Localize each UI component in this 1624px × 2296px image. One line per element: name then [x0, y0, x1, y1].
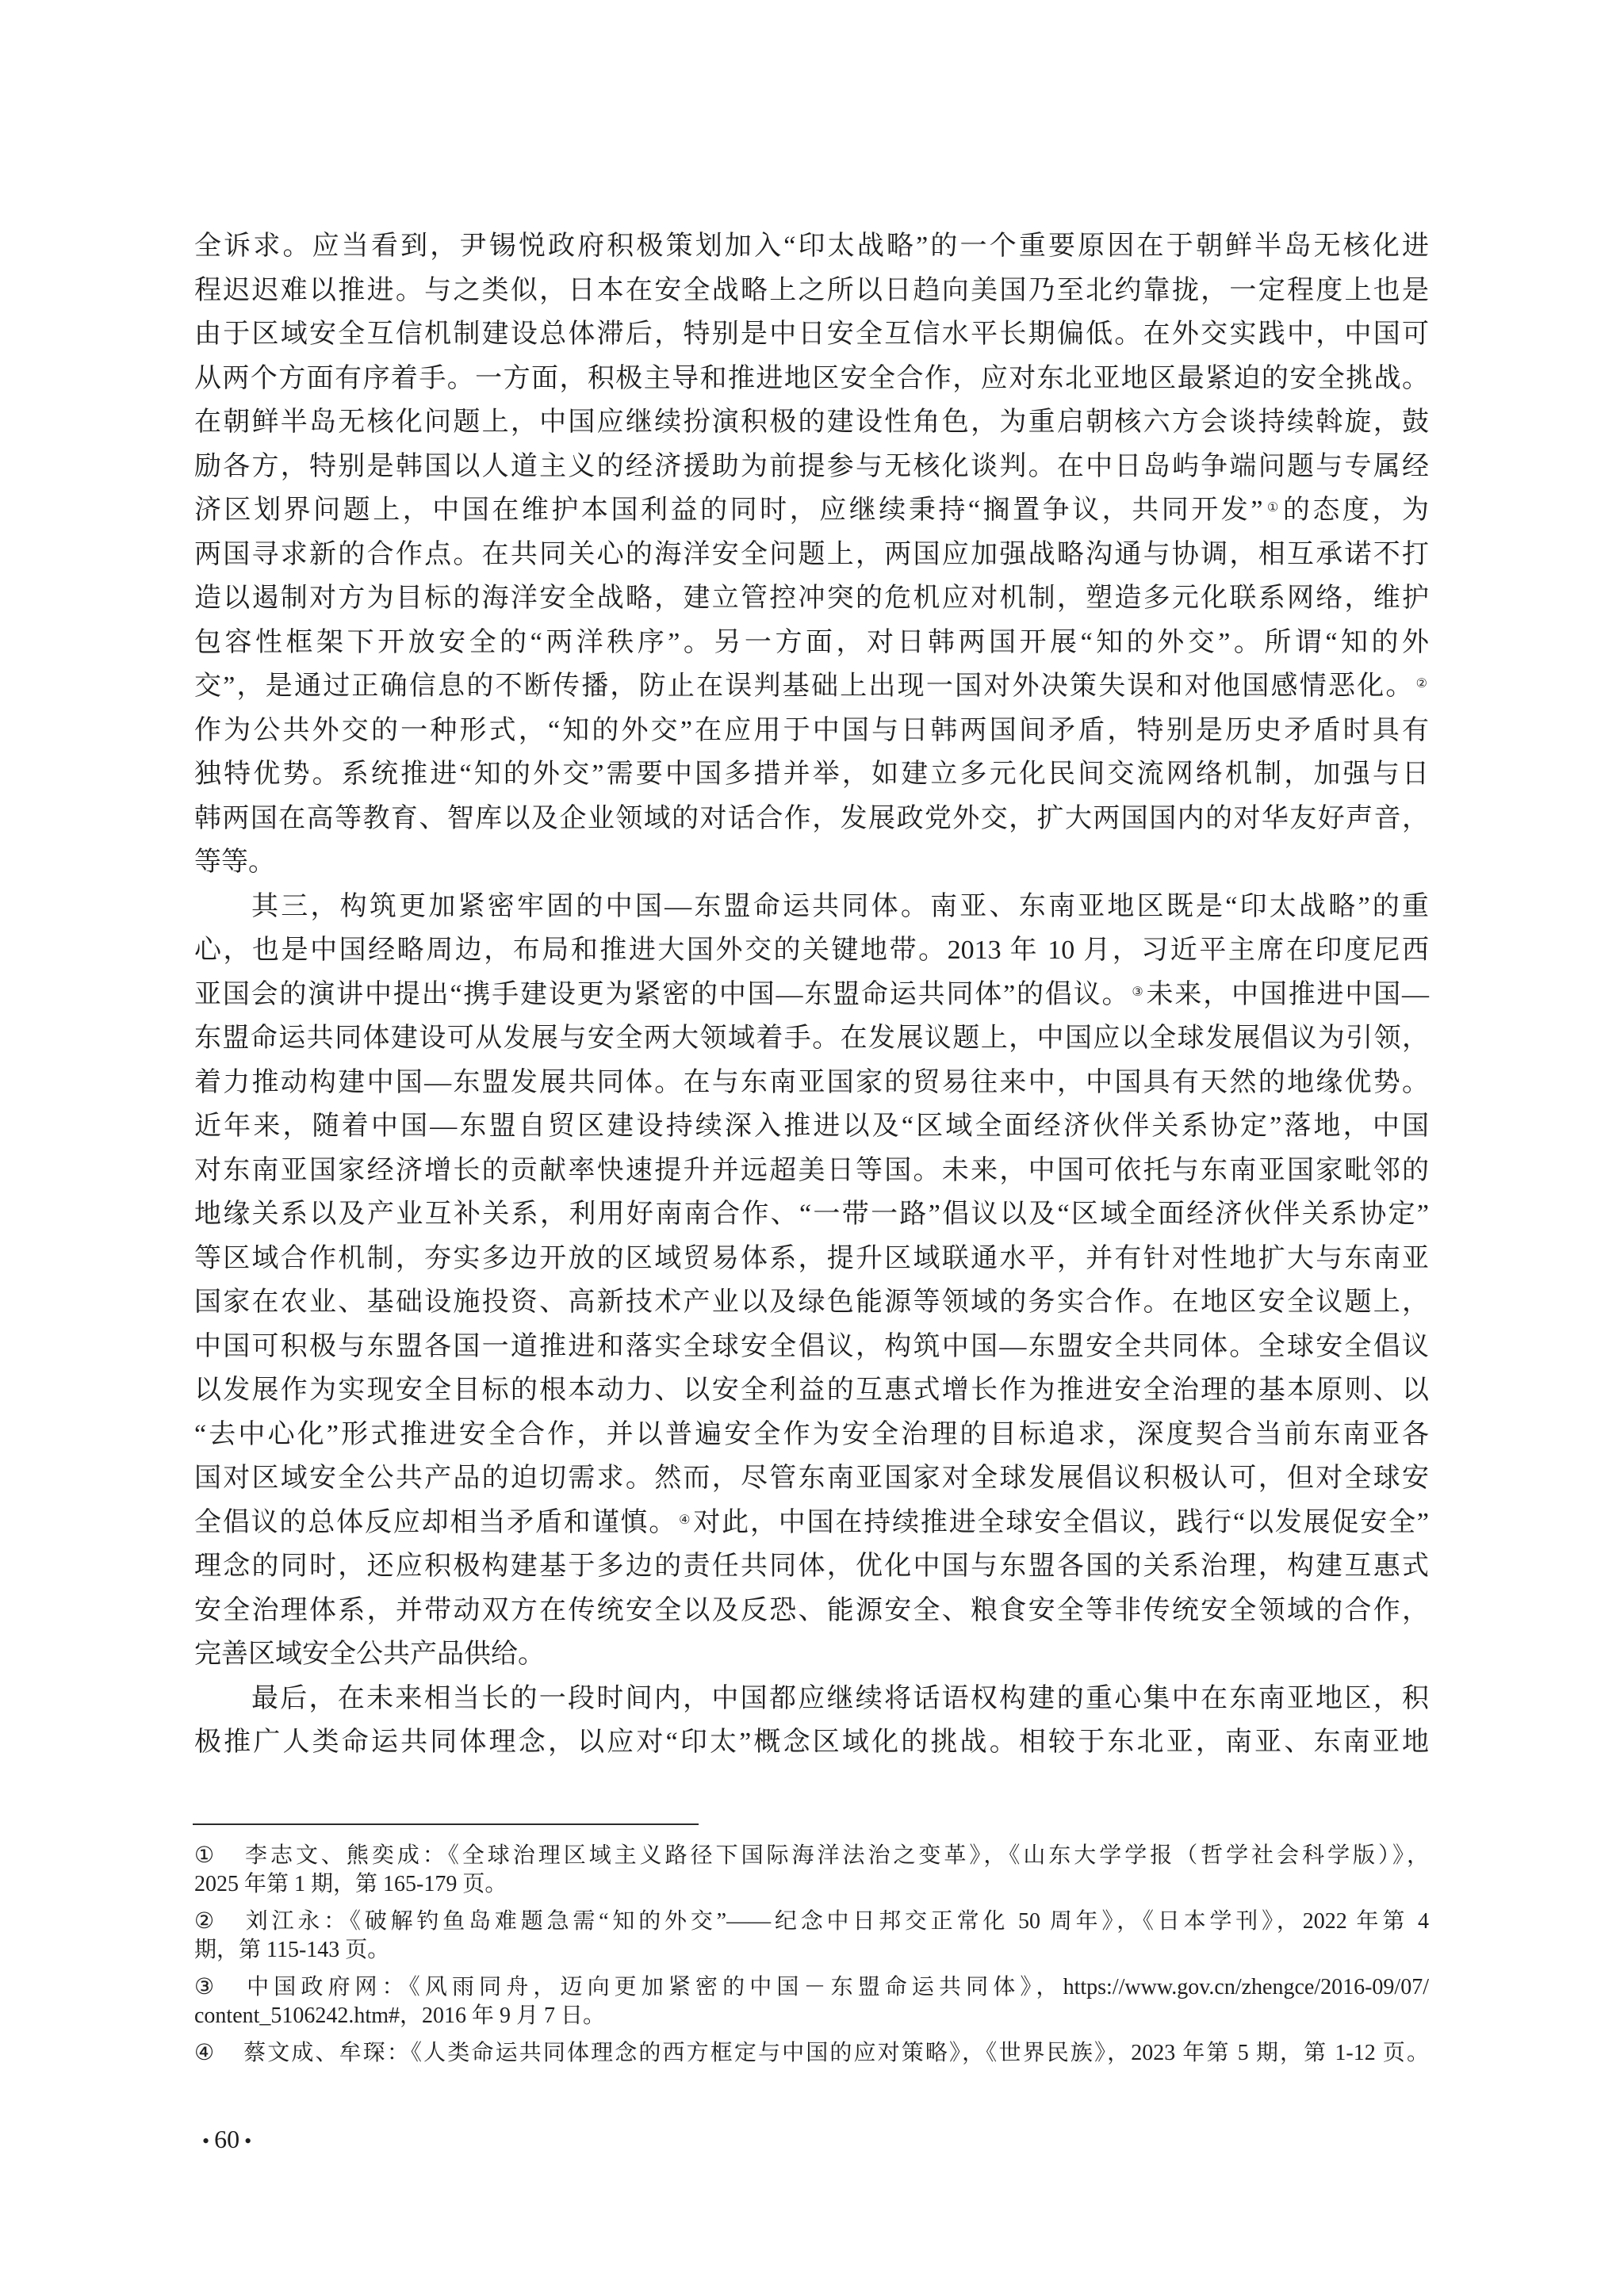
footnote-line: content_5106242.htm#，2016 年 9 月 7 日。 — [194, 2002, 1429, 2030]
line-text: “去中心化”形式推进安全合作，并以普遍安全作为安全治理的目标追求，深度契合当前东… — [194, 1420, 1429, 1449]
body-line: 从两个方面有序着手。一方面，积极主导和推进地区安全合作，应对东北亚地区最紧迫的安… — [194, 357, 1429, 401]
line-text: 东盟命运共同体建设可从发展与安全两大领域着手。在发展议题上，中国应以全球发展倡议… — [194, 1024, 1429, 1053]
body-text: 全诉求。应当看到，尹锡悦政府积极策划加入“印太战略”的一个重要原因在于朝鲜半岛无… — [194, 224, 1429, 1765]
footnote: ②刘江永：《破解钓鱼岛难题急需“知的外交”——纪念中日邦交正常化 50 周年》，… — [194, 1908, 1429, 1965]
body-line: 其三，构筑更加紧密牢固的中国—东盟命运共同体。南亚、东南亚地区既是“印太战略”的… — [194, 885, 1429, 929]
body-line: 以发展作为实现安全目标的根本动力、以安全利益的互惠式增长作为推进安全治理的基本原… — [194, 1368, 1429, 1413]
body-line: 作为公共外交的一种形式，“知的外交”在应用于中国与日韩两国间矛盾，特别是历史矛盾… — [194, 709, 1429, 753]
body-line: 两国寻求新的合作点。在共同关心的海洋安全问题上，两国应加强战略沟通与协调，相互承… — [194, 533, 1429, 577]
paragraph: 全诉求。应当看到，尹锡悦政府积极策划加入“印太战略”的一个重要原因在于朝鲜半岛无… — [194, 224, 1429, 885]
footnote-line: ②刘江永：《破解钓鱼岛难题急需“知的外交”——纪念中日邦交正常化 50 周年》，… — [194, 1908, 1429, 1936]
body-line: 韩两国在高等教育、智库以及企业领域的对话合作，发展政党外交，扩大两国国内的对华友… — [194, 797, 1429, 841]
body-line: 最后，在未来相当长的一段时间内，中国都应继续将话语权构建的重心集中在东南亚地区，… — [194, 1677, 1429, 1721]
footnote-line: ③中国政府网：《风雨同舟，迈向更加紧密的中国－东盟命运共同体》，https://… — [194, 1973, 1429, 2002]
line-text: 独特优势。系统推进“知的外交”需要中国多措并举，如建立多元化民间交流网络机制，加… — [194, 760, 1429, 789]
line-text: 由于区域安全互信机制建设总体滞后，特别是中日安全互信水平长期偏低。在外交实践中，… — [194, 320, 1429, 349]
line-text: 亚国会的演讲中提出“携手建设更为紧密的中国—东盟命运共同体”的倡议。 — [194, 980, 1130, 1009]
line-text: 着力推动构建中国—东盟发展共同体。在与东南亚国家的贸易往来中，中国具有天然的地缘… — [194, 1068, 1429, 1097]
footnotes: ①李志文、熊奕成：《全球治理区域主义路径下国际海洋法治之变革》，《山东大学学报（… — [194, 1842, 1429, 2076]
body-line: 东盟命运共同体建设可从发展与安全两大领域着手。在发展议题上，中国应以全球发展倡议… — [194, 1016, 1429, 1061]
line-text-after: 的态度，为 — [1283, 496, 1429, 525]
footnote-text: content_5106242.htm#，2016 年 9 月 7 日。 — [194, 2003, 605, 2028]
body-line: “去中心化”形式推进安全合作，并以普遍安全作为安全治理的目标追求，深度契合当前东… — [194, 1413, 1429, 1457]
line-text: 以发展作为实现安全目标的根本动力、以安全利益的互惠式增长作为推进安全治理的基本原… — [194, 1376, 1429, 1405]
footnote-text: 蔡文成、牟琛：《人类命运共同体理念的西方框定与中国的应对策略》，《世界民族》，2… — [242, 2041, 1429, 2065]
footnote-line: 2025 年第 1 期，第 165-179 页。 — [194, 1870, 1429, 1899]
body-line: 造以遏制对方为目标的海洋安全战略，建立管控冲突的危机应对机制，塑造多元化联系网络… — [194, 576, 1429, 621]
body-line: 全倡议的总体反应却相当矛盾和谨慎。④对此，中国在持续推进全球安全倡议，践行“以发… — [194, 1501, 1429, 1545]
body-line: 着力推动构建中国—东盟发展共同体。在与东南亚国家的贸易往来中，中国具有天然的地缘… — [194, 1061, 1429, 1105]
line-text: 安全治理体系，并带动双方在传统安全以及反恐、能源安全、粮食安全等非传统安全领域的… — [194, 1596, 1429, 1625]
body-line: 等等。 — [194, 840, 1429, 885]
line-text: 作为公共外交的一种形式，“知的外交”在应用于中国与日韩两国间矛盾，特别是历史矛盾… — [194, 716, 1429, 745]
footnote: ③中国政府网：《风雨同舟，迈向更加紧密的中国－东盟命运共同体》，https://… — [194, 1973, 1429, 2030]
footnote-text: 2025 年第 1 期，第 165-179 页。 — [194, 1872, 507, 1896]
line-text: 中国可积极与东盟各国一道推进和落实全球安全倡议，构筑中国—东盟安全共同体。全球安… — [194, 1332, 1429, 1361]
line-text: 励各方，特别是韩国以人道主义的经济援助为前提参与无核化谈判。在中日岛屿争端问题与… — [194, 452, 1429, 481]
body-line: 地缘关系以及产业互补关系，利用好南南合作、“一带一路”倡议以及“区域全面经济伙伴… — [194, 1192, 1429, 1237]
line-text: 程迟迟难以推进。与之类似，日本在安全战略上之所以日趋向美国乃至北约靠拢，一定程度… — [194, 276, 1429, 305]
footnote-ref: ④ — [679, 1513, 691, 1527]
line-text: 地缘关系以及产业互补关系，利用好南南合作、“一带一路”倡议以及“区域全面经济伙伴… — [194, 1200, 1429, 1229]
bullet-icon: • — [202, 2130, 209, 2152]
line-text: 交”，是通过正确信息的不断传播，防止在误判基础上出现一国对外决策失误和对他国感情… — [194, 672, 1415, 701]
footnote-line: 期，第 115-143 页。 — [194, 1936, 1429, 1965]
page: 全诉求。应当看到，尹锡悦政府积极策划加入“印太战略”的一个重要原因在于朝鲜半岛无… — [0, 0, 1624, 2296]
footnote-text: 中国政府网：《风雨同舟，迈向更加紧密的中国－东盟命运共同体》，https://w… — [242, 1975, 1429, 1999]
line-text: 国对区域安全公共产品的迫切需求。然而，尽管东南亚国家对全球发展倡议积极认可，但对… — [194, 1464, 1429, 1493]
body-line: 国家在农业、基础设施投资、高新技术产业以及绿色能源等领域的务实合作。在地区安全议… — [194, 1280, 1429, 1325]
line-text: 在朝鲜半岛无核化问题上，中国应继续扮演积极的建设性角色，为重启朝核六方会谈持续斡… — [194, 408, 1429, 437]
line-text: 理念的同时，还应积极构建基于多边的责任共同体，优化中国与东盟各国的关系治理，构建… — [194, 1552, 1429, 1581]
footnote-line: ①李志文、熊奕成：《全球治理区域主义路径下国际海洋法治之变革》，《山东大学学报（… — [194, 1842, 1429, 1870]
page-number-value: 60 — [214, 2125, 239, 2153]
footnote-ref: ① — [1264, 501, 1281, 515]
line-text: 最后，在未来相当长的一段时间内，中国都应继续将话语权构建的重心集中在东南亚地区，… — [251, 1684, 1429, 1713]
body-line: 亚国会的演讲中提出“携手建设更为紧密的中国—东盟命运共同体”的倡议。③未来，中国… — [194, 973, 1429, 1017]
line-text: 从两个方面有序着手。一方面，积极主导和推进地区安全合作，应对东北亚地区最紧迫的安… — [194, 364, 1429, 393]
line-text: 全倡议的总体反应却相当矛盾和谨慎。 — [194, 1508, 677, 1537]
footnote: ①李志文、熊奕成：《全球治理区域主义路径下国际海洋法治之变革》，《山东大学学报（… — [194, 1842, 1429, 1899]
body-line: 理念的同时，还应积极构建基于多边的责任共同体，优化中国与东盟各国的关系治理，构建… — [194, 1544, 1429, 1589]
footnote-ref: ③ — [1132, 985, 1144, 999]
line-text-after: 对此，中国在持续推进全球安全倡议，践行“以发展促安全” — [693, 1508, 1429, 1537]
body-line: 完善区域安全公共产品供给。 — [194, 1632, 1429, 1677]
line-text: 两国寻求新的合作点。在共同关心的海洋安全问题上，两国应加强战略沟通与协调，相互承… — [194, 540, 1429, 569]
body-line: 包容性框架下开放安全的“两洋秩序”。另一方面，对日韩两国开展“知的外交”。所谓“… — [194, 621, 1429, 665]
footnote-ref: ② — [1416, 677, 1427, 691]
line-text: 等等。 — [194, 848, 275, 877]
bullet-icon: • — [244, 2130, 251, 2152]
line-text: 等区域合作机制，夯实多边开放的区域贸易体系，提升区域联通水平，并有针对性地扩大与… — [194, 1244, 1429, 1273]
body-line: 中国可积极与东盟各国一道推进和落实全球安全倡议，构筑中国—东盟安全共同体。全球安… — [194, 1325, 1429, 1369]
line-text: 近年来，随着中国—东盟自贸区建设持续深入推进以及“区域全面经济伙伴关系协定”落地… — [194, 1112, 1429, 1141]
body-line: 安全治理体系，并带动双方在传统安全以及反恐、能源安全、粮食安全等非传统安全领域的… — [194, 1589, 1429, 1633]
paragraph: 最后，在未来相当长的一段时间内，中国都应继续将话语权构建的重心集中在东南亚地区，… — [194, 1677, 1429, 1765]
body-line: 在朝鲜半岛无核化问题上，中国应继续扮演积极的建设性角色，为重启朝核六方会谈持续斡… — [194, 400, 1429, 445]
line-text: 国家在农业、基础设施投资、高新技术产业以及绿色能源等领域的务实合作。在地区安全议… — [194, 1288, 1429, 1317]
body-line: 独特优势。系统推进“知的外交”需要中国多措并举，如建立多元化民间交流网络机制，加… — [194, 752, 1429, 797]
body-line: 全诉求。应当看到，尹锡悦政府积极策划加入“印太战略”的一个重要原因在于朝鲜半岛无… — [194, 224, 1429, 269]
line-text: 全诉求。应当看到，尹锡悦政府积极策划加入“印太战略”的一个重要原因在于朝鲜半岛无… — [194, 232, 1429, 261]
body-line: 交”，是通过正确信息的不断传播，防止在误判基础上出现一国对外决策失误和对他国感情… — [194, 664, 1429, 709]
line-text: 包容性框架下开放安全的“两洋秩序”。另一方面，对日韩两国开展“知的外交”。所谓“… — [194, 628, 1429, 657]
body-line: 等区域合作机制，夯实多边开放的区域贸易体系，提升区域联通水平，并有针对性地扩大与… — [194, 1237, 1429, 1281]
footnote-text: 期，第 115-143 页。 — [194, 1938, 389, 1962]
line-text: 对东南亚国家经济增长的贡献率快速提升并远超美日等国。未来，中国可依托与东南亚国家… — [194, 1156, 1429, 1185]
line-text: 心，也是中国经略周边，布局和推进大国外交的关键地带。2013 年 10 月，习近… — [194, 936, 1429, 965]
line-text: 韩两国在高等教育、智库以及企业领域的对话合作，发展政党外交，扩大两国国内的对华友… — [194, 804, 1429, 833]
line-text: 造以遏制对方为目标的海洋安全战略，建立管控冲突的危机应对机制，塑造多元化联系网络… — [194, 584, 1429, 613]
body-line: 心，也是中国经略周边，布局和推进大国外交的关键地带。2013 年 10 月，习近… — [194, 928, 1429, 973]
footnote-marker: ④ — [194, 2039, 242, 2068]
paragraph: 其三，构筑更加紧密牢固的中国—东盟命运共同体。南亚、东南亚地区既是“印太战略”的… — [194, 885, 1429, 1677]
line-text: 济区划界问题上，中国在维护本国利益的同时，应继续秉持“搁置争议，共同开发” — [194, 496, 1262, 525]
line-text: 极推广人类命运共同体理念，以应对“印太”概念区域化的挑战。相较于东北亚，南亚、东… — [194, 1728, 1429, 1757]
body-line: 由于区域安全互信机制建设总体滞后，特别是中日安全互信水平长期偏低。在外交实践中，… — [194, 312, 1429, 357]
page-number: •60• — [202, 2123, 251, 2157]
body-line: 近年来，随着中国—东盟自贸区建设持续深入推进以及“区域全面经济伙伴关系协定”落地… — [194, 1104, 1429, 1149]
footnote-marker: ② — [194, 1908, 242, 1936]
footnote-line: ④蔡文成、牟琛：《人类命运共同体理念的西方框定与中国的应对策略》，《世界民族》，… — [194, 2039, 1429, 2068]
footnote-divider — [193, 1823, 699, 1825]
footnote-marker: ③ — [194, 1973, 242, 2002]
footnote-marker: ① — [194, 1842, 242, 1870]
body-line: 励各方，特别是韩国以人道主义的经济援助为前提参与无核化谈判。在中日岛屿争端问题与… — [194, 445, 1429, 489]
body-line: 济区划界问题上，中国在维护本国利益的同时，应继续秉持“搁置争议，共同开发”①的态… — [194, 488, 1429, 533]
body-line: 程迟迟难以推进。与之类似，日本在安全战略上之所以日趋向美国乃至北约靠拢，一定程度… — [194, 269, 1429, 313]
body-line: 国对区域安全公共产品的迫切需求。然而，尽管东南亚国家对全球发展倡议积极认可，但对… — [194, 1456, 1429, 1501]
footnote-text: 李志文、熊奕成：《全球治理区域主义路径下国际海洋法治之变革》，《山东大学学报（哲… — [242, 1843, 1429, 1868]
footnote: ④蔡文成、牟琛：《人类命运共同体理念的西方框定与中国的应对策略》，《世界民族》，… — [194, 2039, 1429, 2068]
body-line: 对东南亚国家经济增长的贡献率快速提升并远超美日等国。未来，中国可依托与东南亚国家… — [194, 1149, 1429, 1193]
body-line: 极推广人类命运共同体理念，以应对“印太”概念区域化的挑战。相较于东北亚，南亚、东… — [194, 1720, 1429, 1765]
line-text: 其三，构筑更加紧密牢固的中国—东盟命运共同体。南亚、东南亚地区既是“印太战略”的… — [251, 892, 1429, 921]
footnote-text: 刘江永：《破解钓鱼岛难题急需“知的外交”——纪念中日邦交正常化 50 周年》，《… — [242, 1909, 1429, 1934]
line-text: 完善区域安全公共产品供给。 — [194, 1640, 545, 1669]
line-text-after: 未来，中国推进中国— — [1147, 980, 1429, 1009]
